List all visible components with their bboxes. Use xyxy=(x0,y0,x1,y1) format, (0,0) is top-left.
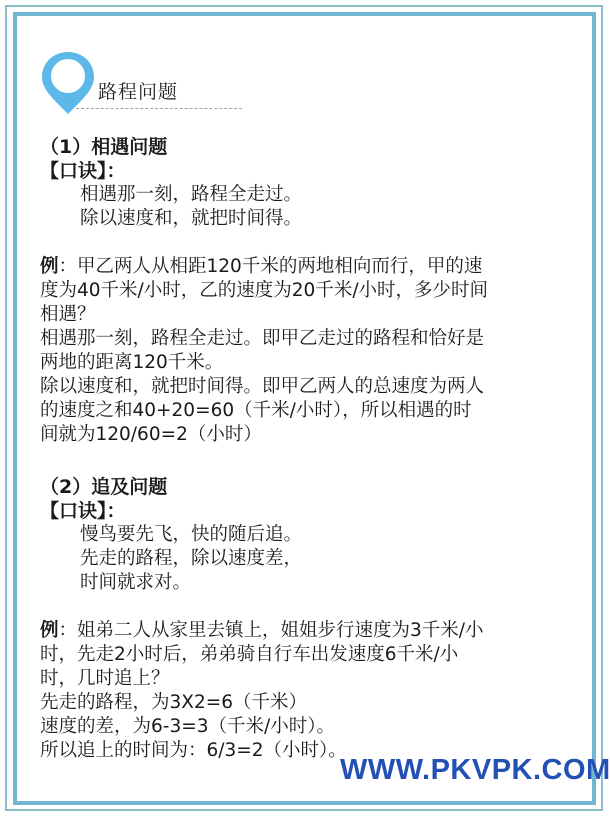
example-line: 例：甲乙两人从相距120千米的两地相向而行，甲的速 xyxy=(40,255,580,279)
example-label: 例 xyxy=(40,620,59,641)
example-line: 速度的差，为6-3=3（千米/小时）。 xyxy=(40,715,580,739)
page-title: 路程问题 xyxy=(98,77,178,104)
example-label: 例 xyxy=(40,256,59,277)
example-line: 先走的路程，为3X2=6（千米） xyxy=(40,691,580,715)
content: （1）相遇问题 【口诀】： 相遇那一刻，路程全走过。 除以速度和，就把时间得。 … xyxy=(40,135,580,763)
mnemonic-label: 【口诀】： xyxy=(40,499,580,523)
mnemonic-line: 相遇那一刻，路程全走过。 xyxy=(40,183,580,207)
section-meeting: （1）相遇问题 【口诀】： 相遇那一刻，路程全走过。 除以速度和，就把时间得。 … xyxy=(40,135,580,447)
mnemonic-line: 时间就求对。 xyxy=(40,571,580,595)
example-line: 时，几时追上？ xyxy=(40,667,580,691)
mnemonic-label: 【口诀】： xyxy=(40,159,580,183)
mnemonic-line: 慢鸟要先飞，快的随后追。 xyxy=(40,523,580,547)
section-chase: （2）追及问题 【口诀】： 慢鸟要先飞，快的随后追。 先走的路程，除以速度差， … xyxy=(40,475,580,763)
example-line: 两地的距离120千米。 xyxy=(40,351,580,375)
example-line: 除以速度和，就把时间得。即甲乙两人的总速度为两人 xyxy=(40,375,580,399)
mnemonic-line: 除以速度和，就把时间得。 xyxy=(40,207,580,231)
section-title: （1）相遇问题 xyxy=(40,135,580,159)
example-line: 相遇那一刻，路程全走过。即甲乙走过的路程和恰好是 xyxy=(40,327,580,351)
watermark: WWW.PKVPK.COM xyxy=(340,754,610,787)
example-line: 相遇？ xyxy=(40,303,580,327)
example-line: 间就为120/60=2（小时） xyxy=(40,423,580,447)
section-title: （2）追及问题 xyxy=(40,475,580,499)
title-underline xyxy=(76,108,242,109)
example-line: 时，先走2小时后，弟弟骑自行车出发速度6千米/小 xyxy=(40,643,580,667)
example-line: 例：姐弟二人从家里去镇上，姐姐步行速度为3千米/小 xyxy=(40,619,580,643)
page-header: 路程问题 xyxy=(38,48,218,118)
mnemonic-line: 先走的路程，除以速度差， xyxy=(40,547,580,571)
example-line: 度为40千米/小时，乙的速度为20千米/小时，多少时间 xyxy=(40,279,580,303)
example-line: 的速度之和40+20=60（千米/小时），所以相遇的时 xyxy=(40,399,580,423)
